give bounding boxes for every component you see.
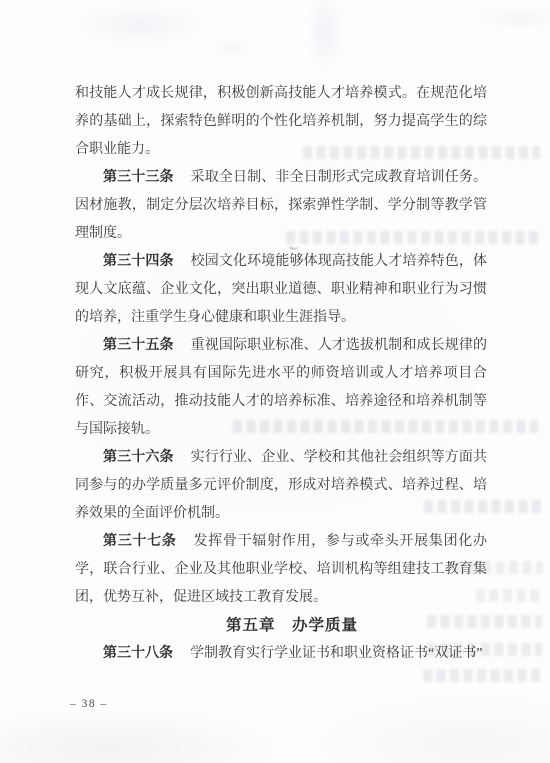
article-33-number: 第三十三条	[103, 170, 174, 185]
article-35-number: 第三十五条	[103, 338, 174, 353]
intro-paragraph: 和技能人才成长规律，积极创新高技能人才培养模式。在规范化培养的基础上，探索特色鲜…	[75, 80, 487, 164]
article-36-number: 第三十六条	[103, 450, 174, 465]
page-number: – 38 –	[70, 698, 108, 710]
article-35-paragraph: 第三十五条重视国际职业标准、人才选拔机制和成长规律的研究，积极开展具有国际先进水…	[75, 332, 487, 444]
article-37-number: 第三十七条	[103, 534, 177, 549]
bleedthrough-row	[423, 669, 541, 682]
article-34-number: 第三十四条	[103, 254, 174, 269]
chapter-heading: 第五章 办学质量	[75, 612, 487, 640]
article-34-paragraph: 第三十四条校园文化环境能够体现高技能人才培养特色，体现人文底蕴、企业文化，突出职…	[75, 248, 487, 332]
article-38-paragraph: 第三十八条学制教育实行学业证书和职业资格证书“双证书”	[75, 640, 487, 668]
article-38-text: 学制教育实行学业证书和职业资格证书“双证书”	[190, 646, 482, 661]
article-33-paragraph: 第三十三条采取全日制、非全日制形式完成教育培训任务。因材施教，制定分层次培养目标…	[75, 164, 487, 248]
document-body: 和技能人才成长规律，积极创新高技能人才培养模式。在规范化培养的基础上，探索特色鲜…	[75, 80, 487, 668]
article-38-number: 第三十八条	[103, 646, 173, 661]
article-37-paragraph: 第三十七条发挥骨干辐射作用，参与或牵头开展集团化办学，联合行业、企业及其他职业学…	[75, 528, 487, 612]
intro-paragraph-text: 和技能人才成长规律，积极创新高技能人才培养模式。在规范化培养的基础上，探索特色鲜…	[75, 86, 487, 157]
article-36-paragraph: 第三十六条实行行业、企业、学校和其他社会组织等方面共同参与的办学质量多元评价制度…	[75, 444, 487, 528]
scanned-document-page: 和技能人才成长规律，积极创新高技能人才培养模式。在规范化培养的基础上，探索特色鲜…	[0, 0, 550, 763]
